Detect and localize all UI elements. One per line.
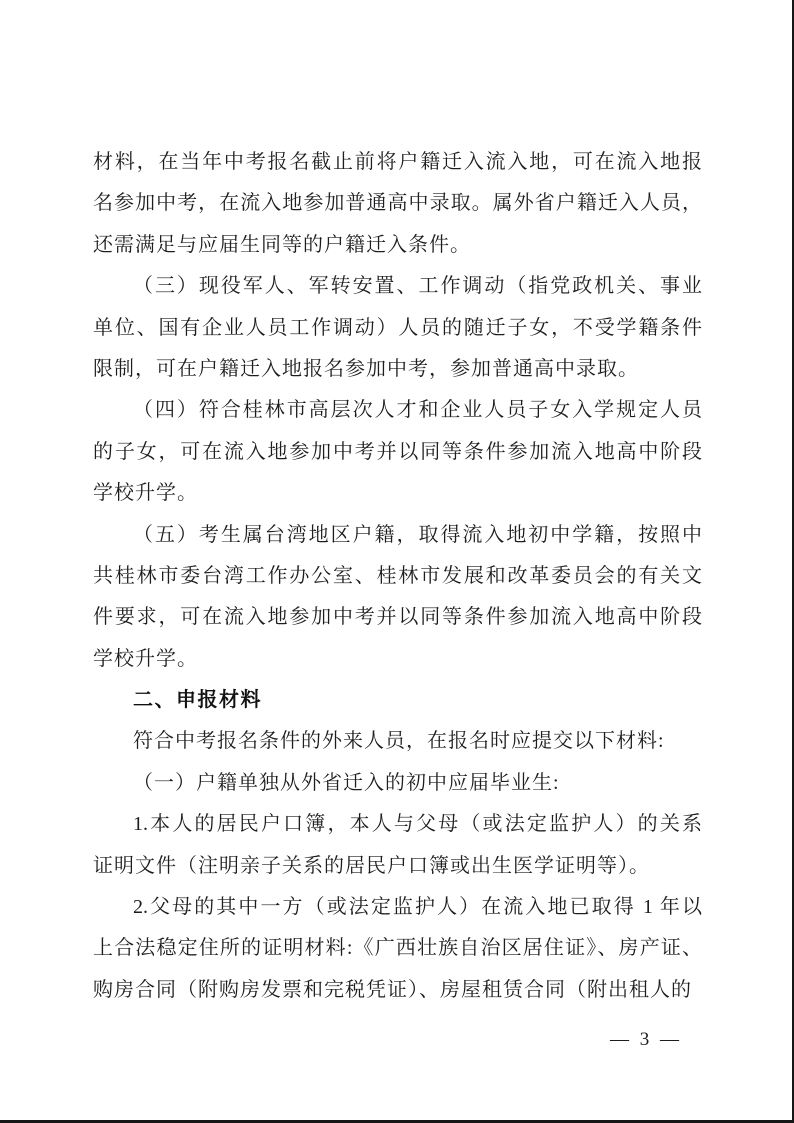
text-line: 证明文件（注明亲子关系的居民户口簿或出生医学证明等）。	[93, 846, 702, 887]
text-line: 材料，在当年中考报名截止前将户籍迁入流入地，可在流入地报	[93, 142, 702, 183]
text-line: 件要求，可在流入地参加中考并以同等条件参加流入地高中阶段	[93, 597, 702, 638]
text-line: 符合中考报名条件的外来人员，在报名时应提交以下材料:	[93, 721, 702, 762]
section-heading: 二、申报材料	[93, 680, 702, 721]
text-line: 单位、国有企业人员工作调动）人员的随迁子女，不受学籍条件	[93, 308, 702, 349]
text-line: 学校升学。	[93, 639, 702, 680]
text-line: 1.本人的居民户口簿，本人与父母（或法定监护人）的关系	[93, 804, 702, 845]
text-line: 2.父母的其中一方（或法定监护人）在流入地已取得 1 年以	[93, 887, 702, 928]
text-line: 限制，可在户籍迁入地报名参加中考，参加普通高中录取。	[93, 349, 702, 390]
text-line: （五）考生属台湾地区户籍，取得流入地初中学籍，按照中	[93, 515, 702, 556]
text-line: （三）现役军人、军转安置、工作调动（指党政机关、事业	[93, 266, 702, 307]
document-page: 材料，在当年中考报名截止前将户籍迁入流入地，可在流入地报 名参加中考，在流入地参…	[0, 0, 794, 1123]
text-line: 的子女，可在流入地参加中考并以同等条件参加流入地高中阶段	[93, 432, 702, 473]
text-line: （一）户籍单独从外省迁入的初中应届毕业生:	[93, 763, 702, 804]
text-line: 上合法稳定住所的证明材料:《广西壮族自治区居住证》、房产证、	[93, 928, 702, 969]
text-line: 还需满足与应届生同等的户籍迁入条件。	[93, 225, 702, 266]
text-line: 学校升学。	[93, 473, 702, 514]
page-number: — 3 —	[610, 1029, 682, 1051]
text-line: 购房合同（附购房发票和完税凭证）、房屋租赁合同（附出租人的	[93, 970, 702, 1011]
text-line: 名参加中考，在流入地参加普通高中录取。属外省户籍迁入人员，	[93, 183, 702, 224]
text-line: 共桂林市委台湾工作办公室、桂林市发展和改革委员会的有关文	[93, 556, 702, 597]
text-line: （四）符合桂林市高层次人才和企业人员子女入学规定人员	[93, 390, 702, 431]
document-body: 材料，在当年中考报名截止前将户籍迁入流入地，可在流入地报 名参加中考，在流入地参…	[93, 142, 702, 1011]
